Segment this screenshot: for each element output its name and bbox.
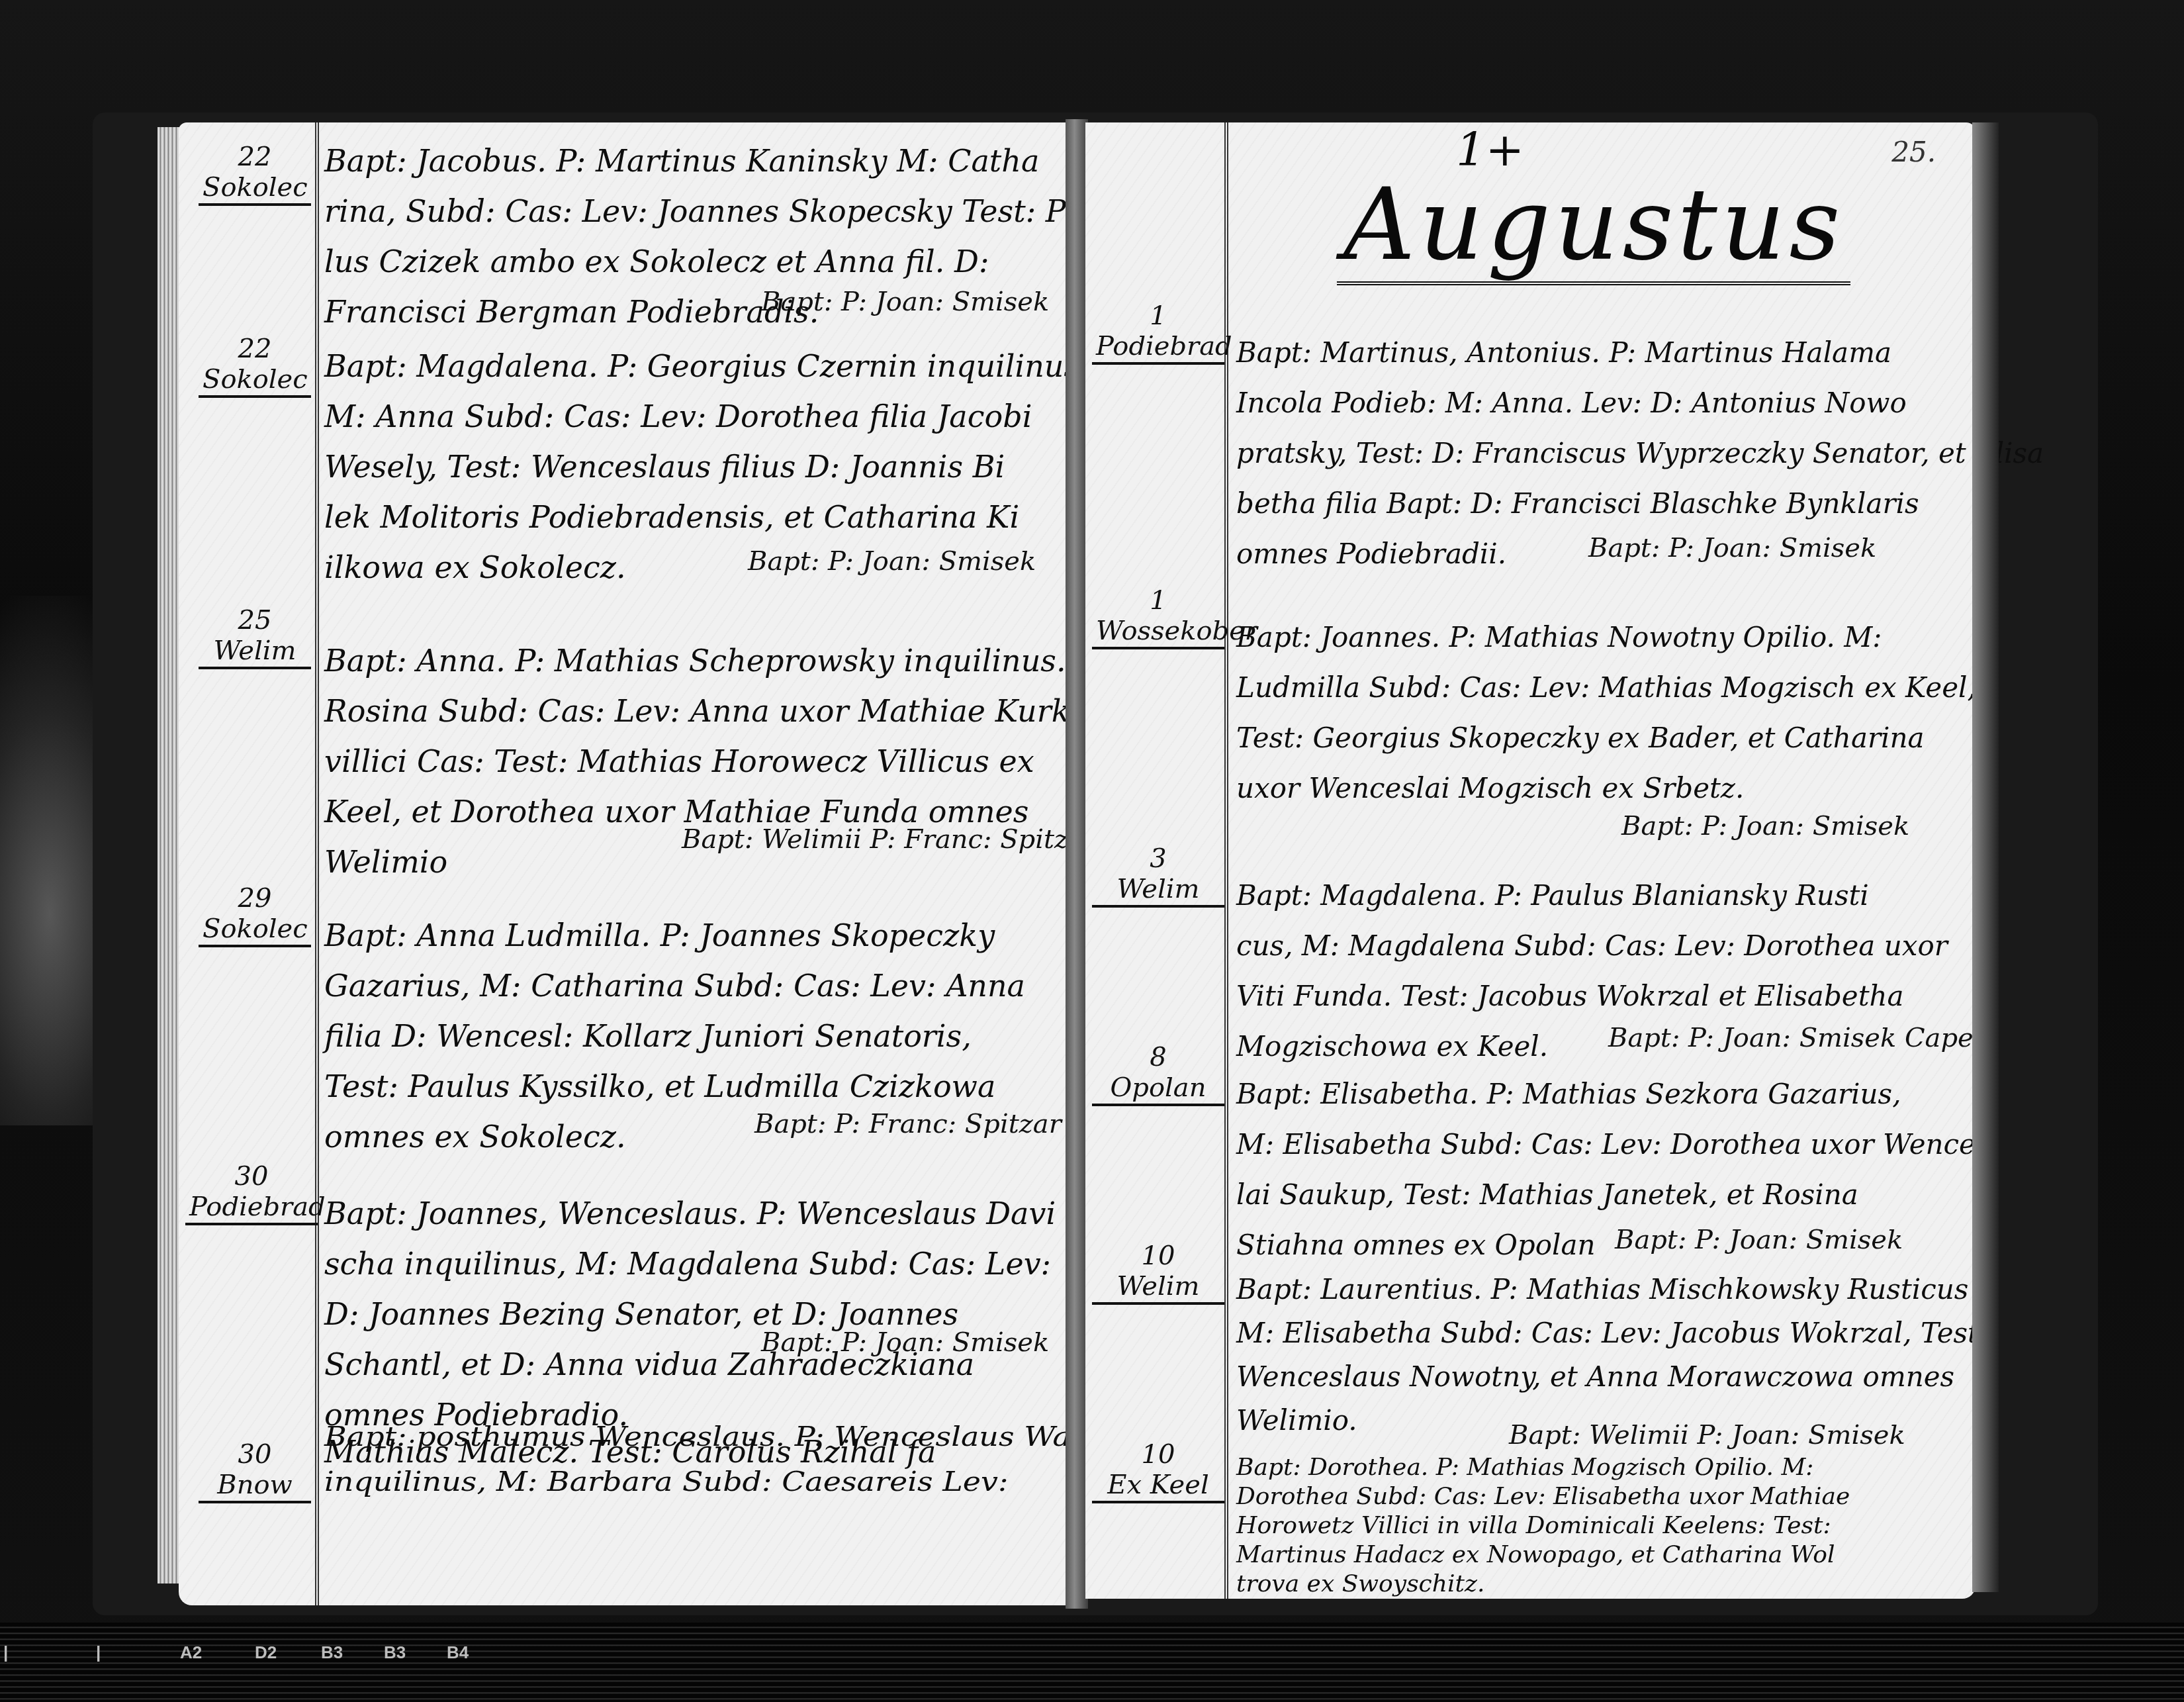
entry-day: 30 (185, 1162, 318, 1191)
entry-day: 30 (199, 1440, 311, 1469)
baptizer-signature: Bapt: P: Joan: Smisek (1621, 811, 1909, 841)
entry-line: lus Czizek ambo ex Sokolecz et Anna fil.… (324, 236, 1103, 287)
entry-line: villici Cas: Test: Mathias Horowecz Vill… (324, 736, 1117, 786)
entry-place: Sokolec (199, 363, 311, 398)
entry-line: Viti Funda. Test: Jacobus Wokrzal et Eli… (1236, 971, 1948, 1021)
entry-line: pratsky, Test: D: Franciscus Wyprzeczky … (1236, 428, 2044, 479)
film-mark: | (96, 1642, 101, 1663)
film-mark: B3 (384, 1642, 406, 1663)
entry-line: Wenceslaus Nowotny, et Anna Morawczowa o… (1236, 1355, 1988, 1399)
entry-text: Bapt: Joannes, Wenceslaus. P: Wenceslaus… (324, 1188, 1056, 1440)
right-page: 25. 1+ Augustus 1 Podiebrad Bapt: Martin… (1085, 122, 1976, 1599)
entry-line: Bapt: Anna. P: Mathias Scheprowsky inqui… (324, 636, 1117, 686)
entry-margin: 29 Sokolec (199, 884, 311, 947)
entry-place: Welim (1092, 873, 1224, 908)
baptizer-signature: Bapt: P: Franc: Spitzar (754, 1109, 1062, 1139)
entry-line: Ludmilla Subd: Cas: Lev: Mathias Mogzisc… (1236, 663, 1976, 713)
entry-line: M: Elisabetha Subd: Cas: Lev: Jacobus Wo… (1236, 1311, 1988, 1355)
entry-day: 8 (1092, 1043, 1224, 1072)
entry-margin: 22 Sokolec (199, 334, 311, 398)
entry-margin: 25 Welim (199, 606, 311, 669)
page-edge-shadow (1972, 122, 1999, 1592)
entry-text: Bapt: Laurentius. P: Mathias Mischkowsky… (1236, 1268, 1988, 1442)
entry-line: Test: Paulus Kyssilko, et Ludmilla Czizk… (324, 1061, 1025, 1111)
book-gutter (1066, 119, 1088, 1609)
entry-line: M: Elisabetha Subd: Cas: Lev: Dorothea u… (1236, 1119, 1990, 1170)
entry-place: Welim (199, 635, 311, 669)
entry-line: Dorothea Subd: Cas: Lev: Elisabetha uxor… (1236, 1482, 1850, 1511)
entry-line: rina, Subd: Cas: Lev: Joannes Skopecsky … (324, 186, 1103, 236)
film-frame-marks: | | A2 D2 B3 B3 B4 (0, 1642, 662, 1661)
entry-day: 29 (199, 884, 311, 913)
entry-place: Podiebrad (185, 1191, 318, 1225)
margin-rule (315, 122, 319, 1605)
baptizer-signature: Bapt: P: Joan: Smisek (748, 546, 1036, 577)
entry-day: 10 (1092, 1440, 1224, 1469)
entry-line: Bapt: Martinus, Antonius. P: Martinus Ha… (1236, 328, 2044, 378)
entry-line: Bapt: Magdalena. P: Paulus Blaniansky Ru… (1236, 871, 1948, 921)
entry-day: 1 (1092, 586, 1224, 615)
entry-place: Sokolec (199, 913, 311, 947)
baptizer-signature: Bapt: P: Joan: Smisek (1588, 533, 1876, 563)
entry-line: betha filia Bapt: D: Francisci Blaschke … (1236, 479, 2044, 529)
entry-line: lai Saukup, Test: Mathias Janetek, et Ro… (1236, 1170, 1990, 1220)
entry-place: Podiebrad (1092, 330, 1224, 365)
entry-line: Mathias Malecz. Test: Carolus Rzihal fa (324, 1427, 936, 1477)
baptizer-signature: Bapt: P: Joan: Smisek (761, 287, 1049, 317)
entry-day: 25 (199, 606, 311, 635)
entry-margin: 10 Welim (1092, 1241, 1224, 1305)
month-heading: Augustus (1337, 169, 1850, 285)
entry-margin: 22 Sokolec (199, 142, 311, 206)
entry-margin: 30 Podiebrad (185, 1162, 318, 1225)
film-mark: B3 (321, 1642, 343, 1663)
film-mark: B4 (447, 1642, 469, 1663)
entry-line: Bapt: Joannes, Wenceslaus. P: Wenceslaus… (324, 1188, 1056, 1239)
entry-line: Bapt: Jacobus. P: Martinus Kaninsky M: C… (324, 136, 1103, 186)
entry-place: Bnow (199, 1469, 311, 1503)
entry-day: 10 (1092, 1241, 1224, 1270)
entry-line: Bapt: Laurentius. P: Mathias Mischkowsky… (1236, 1268, 1988, 1311)
baptizer-signature: Bapt: Welimii P: Joan: Smisek (1509, 1420, 1905, 1450)
entry-place: Sokolec (199, 171, 311, 206)
entry-day: 22 (199, 142, 311, 171)
entry-day: 1 (1092, 301, 1224, 330)
entry-line: uxor Wenceslai Mogzisch ex Srbetz. (1236, 763, 1976, 814)
entry-line: Bapt: Elisabetha. P: Mathias Sezkora Gaz… (1236, 1069, 1990, 1119)
film-mark: D2 (255, 1642, 277, 1663)
entry-line: scha inquilinus, M: Magdalena Subd: Cas:… (324, 1239, 1056, 1289)
entry-text: Bapt: Joannes. P: Mathias Nowotny Opilio… (1236, 612, 1976, 814)
entry-line: trova ex Swoyschitz. (1236, 1570, 1850, 1599)
entry-line: lek Molitoris Podiebradensis, et Cathari… (324, 492, 1079, 542)
entry-line: Bapt: Joannes. P: Mathias Nowotny Opilio… (1236, 612, 1976, 663)
entry-text: Bapt: Dorothea. P: Mathias Mogzisch Opil… (1236, 1453, 1850, 1599)
entry-line: Bapt: Anna Ludmilla. P: Joannes Skopeczk… (324, 910, 1025, 961)
entry-margin: 1 Podiebrad (1092, 301, 1224, 365)
entry-line: cus, M: Magdalena Subd: Cas: Lev: Doroth… (1236, 921, 1948, 971)
entry-text-continued: Mathias Malecz. Test: Carolus Rzihal fa … (324, 1427, 936, 1477)
entry-place: Opolan (1092, 1072, 1224, 1106)
entry-line: Wesely, Test: Wenceslaus filius D: Joann… (324, 442, 1079, 492)
entry-margin: 30 Bnow (199, 1440, 311, 1503)
baptizer-signature: Bapt: Welimii P: Franc: Spitzar (682, 824, 1097, 855)
entry-line: Bapt: Dorothea. P: Mathias Mogzisch Opil… (1236, 1453, 1850, 1482)
entry-margin: 10 Ex Keel (1092, 1440, 1224, 1503)
entry-place: Ex Keel (1092, 1469, 1224, 1503)
entry-place: Welim (1092, 1270, 1224, 1305)
entry-line: Bapt: Magdalena. P: Georgius Czernin inq… (324, 341, 1079, 391)
left-page: 22 Sokolec Bapt: Jacobus. P: Martinus Ka… (179, 122, 1069, 1605)
baptizer-signature: Bapt: P: Joan: Smisek (1615, 1225, 1903, 1255)
film-mark: A2 (180, 1642, 202, 1663)
entry-place: Wossekober (1092, 615, 1224, 649)
entry-day: 22 (199, 334, 311, 363)
film-mark: | (3, 1642, 8, 1663)
entry-line: Gazarius, M: Catharina Subd: Cas: Lev: A… (324, 961, 1025, 1011)
baptizer-signature: Bapt: P: Joan: Smisek (761, 1327, 1049, 1358)
entry-margin: 1 Wossekober (1092, 586, 1224, 649)
entry-line: Incola Podieb: M: Anna. Lev: D: Antonius… (1236, 378, 2044, 428)
page-number: 25. (1891, 136, 1936, 168)
entry-line: Horowetz Villici in villa Dominicali Kee… (1236, 1511, 1850, 1540)
entry-day: 3 (1092, 844, 1224, 873)
entry-line: M: Anna Subd: Cas: Lev: Dorothea filia J… (324, 391, 1079, 442)
entry-line: filia D: Wencesl: Kollarz Juniori Senato… (324, 1011, 1025, 1061)
entry-margin: 8 Opolan (1092, 1043, 1224, 1106)
entry-line: Martinus Hadacz ex Nowopago, et Catharin… (1236, 1540, 1850, 1570)
baptizer-signature: Bapt: P: Joan: Smisek Capel. (1608, 1023, 1990, 1053)
entry-line: Rosina Subd: Cas: Lev: Anna uxor Mathiae… (324, 686, 1117, 736)
entry-line: Test: Georgius Skopeczky ex Bader, et Ca… (1236, 713, 1976, 763)
entry-margin: 3 Welim (1092, 844, 1224, 908)
